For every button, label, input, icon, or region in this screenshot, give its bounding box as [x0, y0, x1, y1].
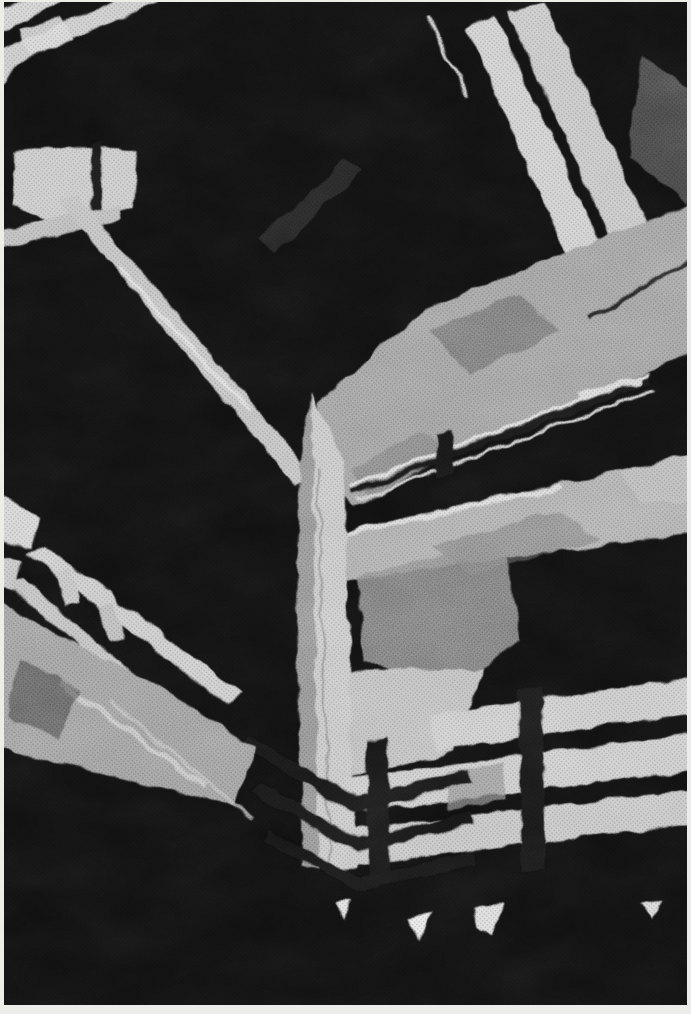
- border-bottom: [0, 1005, 691, 1014]
- border-top: [0, 0, 691, 2]
- halftone-dot-screen: [0, 0, 691, 1014]
- border-left: [0, 0, 4, 1014]
- stairwell-photo: [0, 0, 691, 1014]
- photo-print: Grainy black-and-white photograph lookin…: [0, 0, 691, 1014]
- border-right: [687, 0, 691, 1014]
